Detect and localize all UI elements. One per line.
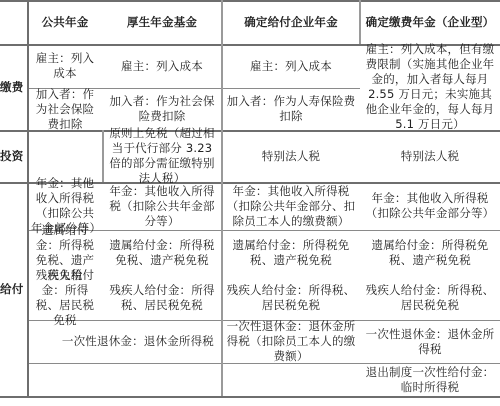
contribution-employer-welfare: 雇主：列入成本 (102, 44, 222, 88)
header-db-pension: 确定给付企业年金 (222, 0, 360, 44)
benefit-annuity-db: 年金：其他收入所得税（扣除公共年金部分、扣除员工本人的缴费额） (222, 182, 360, 230)
contribution-employer-db: 雇主：列入成本 (222, 44, 360, 88)
benefit-disability-dc: 残疾人给付金：所得税、居民税免税 (360, 276, 500, 320)
benefit-survivor-dc: 遗属给付金：所得税免税、遗产税免税 (360, 230, 500, 276)
benefit-survivor-welfare: 遗属给付金：所得税免税、遗产税免税 (102, 230, 222, 276)
benefit-disability-welfare: 残疾人给付金：所得税、居民税免税 (102, 276, 222, 320)
benefit-lumpsum-dc: 一次性退休金：退休金所得税 (360, 320, 500, 363)
header-empty (0, 0, 28, 44)
investment-welfare: 原则上免税（超过相当于代行部分 3.23 倍的部分需征缴特别法人税） (102, 130, 222, 182)
investment-db: 特别法人税 (222, 130, 360, 182)
benefit-survivor-db: 遗属给付金：所得税免税、遗产税免税 (222, 230, 360, 276)
contribution-member-db: 加入者：作为人寿保险费扣除 (222, 88, 360, 130)
header-dc-pension: 确定缴费年金（企业型） (360, 0, 500, 44)
header-public-pension: 公共年金 (28, 0, 102, 44)
investment-public (28, 130, 102, 182)
benefit-annuity-welfare: 年金：其他收入所得税（扣除公共年金部分等） (102, 182, 222, 230)
contribution-member-welfare: 加入者：作为社会保险费扣除 (102, 88, 222, 130)
investment-dc: 特别法人税 (360, 130, 500, 182)
benefit-lumpsum-welfare: 一次性退休金：退休金所得税 (28, 320, 222, 363)
contribution-employer-dc: 雇主：列入成本，但有缴费限制（实施其他企业年金的，加入者每人每月 2.55 万日… (360, 44, 500, 130)
benefit-lumpsum-db: 一次性退休金：退休金所得税（扣除员工本人的缴费额） (222, 320, 360, 363)
section-label-contribution: 缴费 (0, 44, 28, 130)
header-welfare-fund: 厚生年金基金 (102, 0, 222, 44)
contribution-member-public: 加入者：作为社会保险费扣除 (28, 88, 102, 130)
benefit-disability-db: 残疾人给付金：所得税、居民税免税 (222, 276, 360, 320)
contribution-employer-public: 雇主：列入成本 (28, 44, 102, 88)
benefit-disability-public: 残疾人给付金：所得税、居民税免税 (28, 276, 102, 320)
benefit-withdrawal-dc: 退出制度一次性给付金：临时所得税 (360, 363, 500, 396)
benefit-annuity-dc: 年金：其他收入所得税（扣除公共年金部分等） (360, 182, 500, 230)
section-label-benefit: 给付 (0, 182, 28, 396)
section-label-investment: 投资 (0, 130, 28, 182)
table-bottom-border (0, 396, 500, 398)
